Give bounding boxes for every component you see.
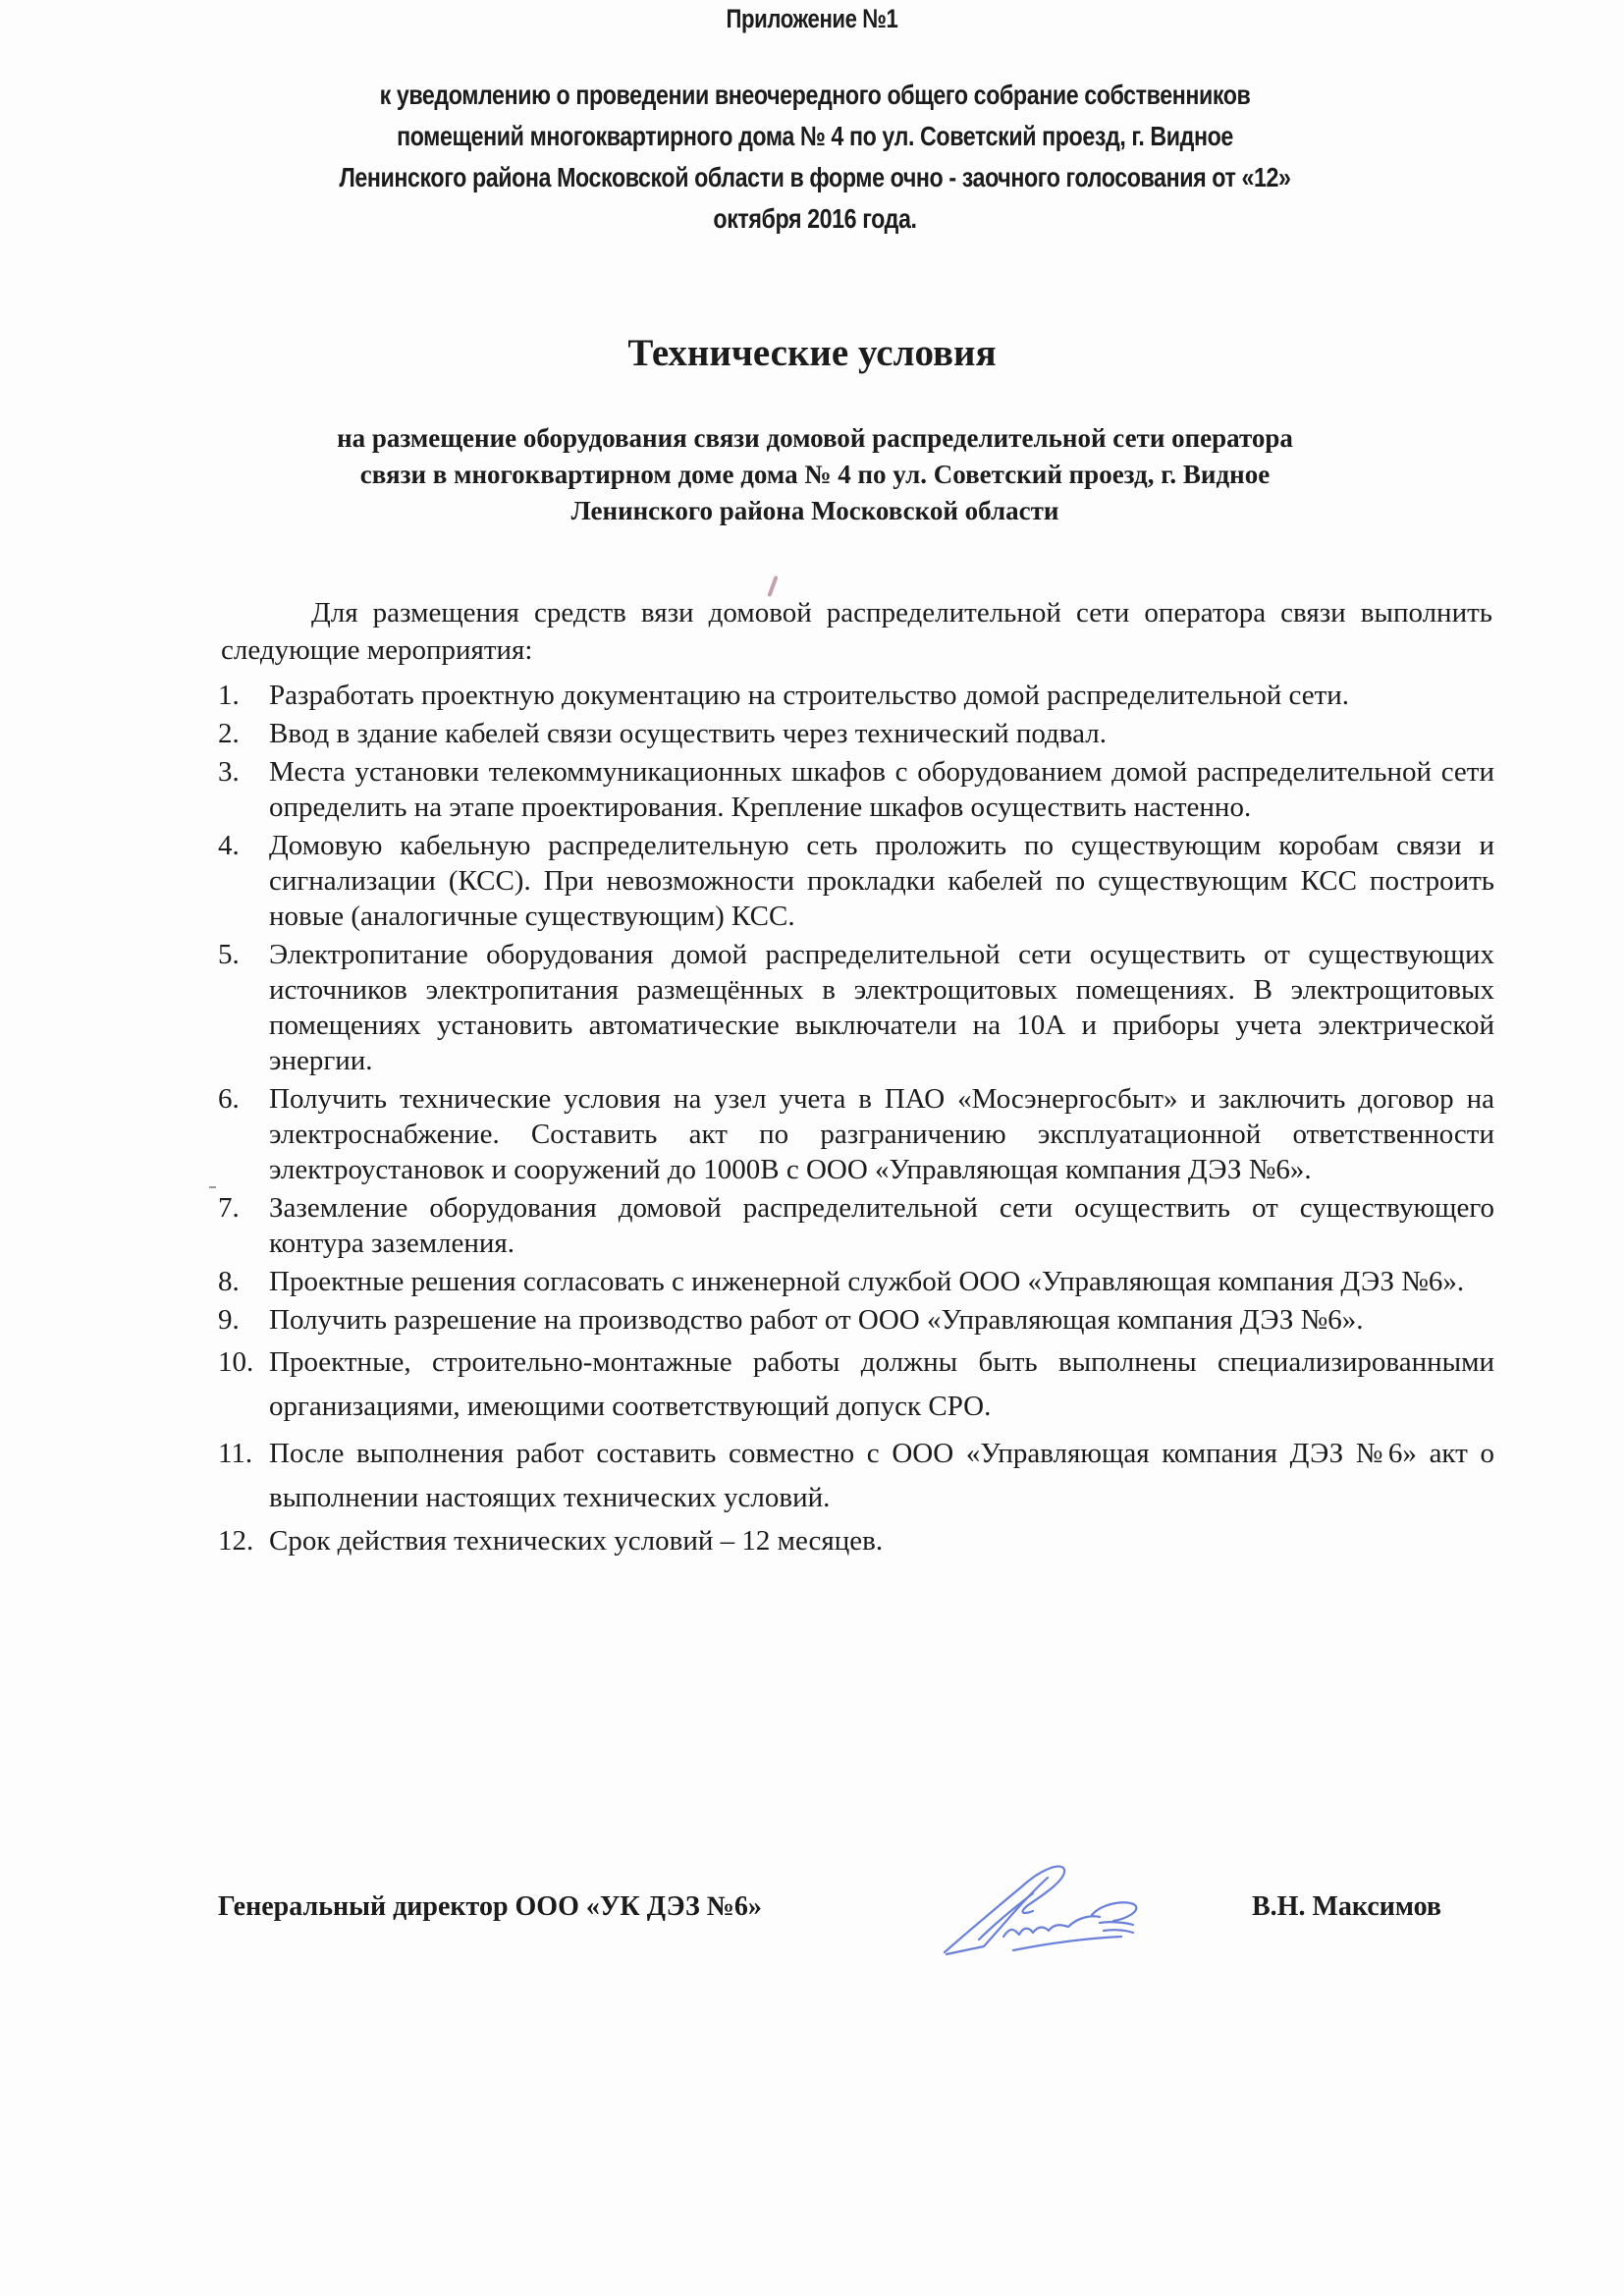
appendix-subtitle-line: октября 2016 года. [301,198,1328,240]
handwritten-signature-icon [925,1856,1219,1964]
list-item: 11. После выполнения работ составить сов… [218,1432,1494,1520]
appendix-subtitle-line: к уведомлению о проведении внеочередного… [301,75,1328,116]
list-item: 2. Ввод в здание кабелей связи осуществи… [218,716,1494,751]
list-item: 7. Заземление оборудования домовой распр… [218,1190,1494,1261]
document-subtitle-line: Ленинского района Московской области [196,493,1434,529]
item-number: 7. [218,1190,240,1226]
item-text: Получить разрешение на производство рабо… [269,1304,1364,1336]
intro-paragraph: Для размещения средств вязи домовой расп… [221,594,1492,669]
item-text: Электропитание оборудования домой распре… [269,939,1494,1076]
signatory-name: В.Н. Максимов [1252,1891,1441,1923]
document-subtitle-line: на размещение оборудования связи домовой… [196,420,1434,457]
appendix-subtitle-line: Ленинского района Московской области в ф… [301,157,1328,198]
list-item: 3. Места установки телекоммуникационных … [218,754,1494,825]
item-text: Получить технические условия на узел уче… [269,1083,1494,1185]
item-text: После выполнения работ составить совмест… [269,1438,1494,1513]
requirements-list: 1. Разработать проектную документацию на… [218,678,1494,1561]
appendix-label: Приложение №1 [146,4,1478,34]
item-number: 6. [218,1081,240,1117]
document-subtitle-line: связи в многоквартирном доме дома № 4 по… [196,457,1434,493]
signature-block: Генеральный директор ООО «УК ДЭЗ №6» В.Н… [218,1858,1494,1966]
item-text: Срок действия технических условий – 12 м… [269,1525,883,1557]
item-number: 4. [218,828,240,863]
item-text: Ввод в здание кабелей связи осуществить … [269,718,1107,749]
item-text: Разработать проектную документацию на ст… [269,680,1349,711]
item-number: 5. [218,937,240,972]
list-item: 4. Домовую кабельную распределительную с… [218,828,1494,934]
item-number: 1. [218,678,240,713]
item-text: Проектные, строительно-монтажные работы … [269,1346,1494,1422]
list-item: 12. Срок действия технических условий – … [218,1523,1494,1558]
item-number: 2. [218,716,240,751]
item-text: Проектные решения согласовать с инженерн… [269,1266,1464,1297]
item-number: 11. [218,1432,252,1476]
list-item: 1. Разработать проектную документацию на… [218,678,1494,713]
item-text: Домовую кабельную распределительную сеть… [269,830,1494,932]
item-number: 3. [218,754,240,790]
document-subtitle: на размещение оборудования связи домовой… [196,420,1434,529]
list-item: 10. Проектные, строительно-монтажные раб… [218,1340,1494,1429]
list-item: 9. Получить разрешение на производство р… [218,1302,1494,1338]
item-number: 10. [218,1340,253,1385]
item-number: 12. [218,1523,253,1558]
list-item: 5. Электропитание оборудования домой рас… [218,937,1494,1078]
item-text: Заземление оборудования домовой распреде… [269,1192,1494,1259]
margin-mark [209,1186,216,1188]
list-item: 8. Проектные решения согласовать с инжен… [218,1264,1494,1299]
document-title: Технические условия [0,331,1624,375]
item-number: 8. [218,1264,240,1299]
list-item: 6. Получить технические условия на узел … [218,1081,1494,1187]
item-number: 9. [218,1302,240,1338]
document-page: Приложение №1 к уведомлению о проведении… [0,0,1624,2296]
signatory-position: Генеральный директор ООО «УК ДЭЗ №6» [218,1891,762,1923]
appendix-subtitle-line: помещений многоквартирного дома № 4 по у… [301,116,1328,157]
item-text: Места установки телекоммуникационных шка… [269,756,1494,823]
appendix-subtitle: к уведомлению о проведении внеочередного… [196,75,1434,240]
